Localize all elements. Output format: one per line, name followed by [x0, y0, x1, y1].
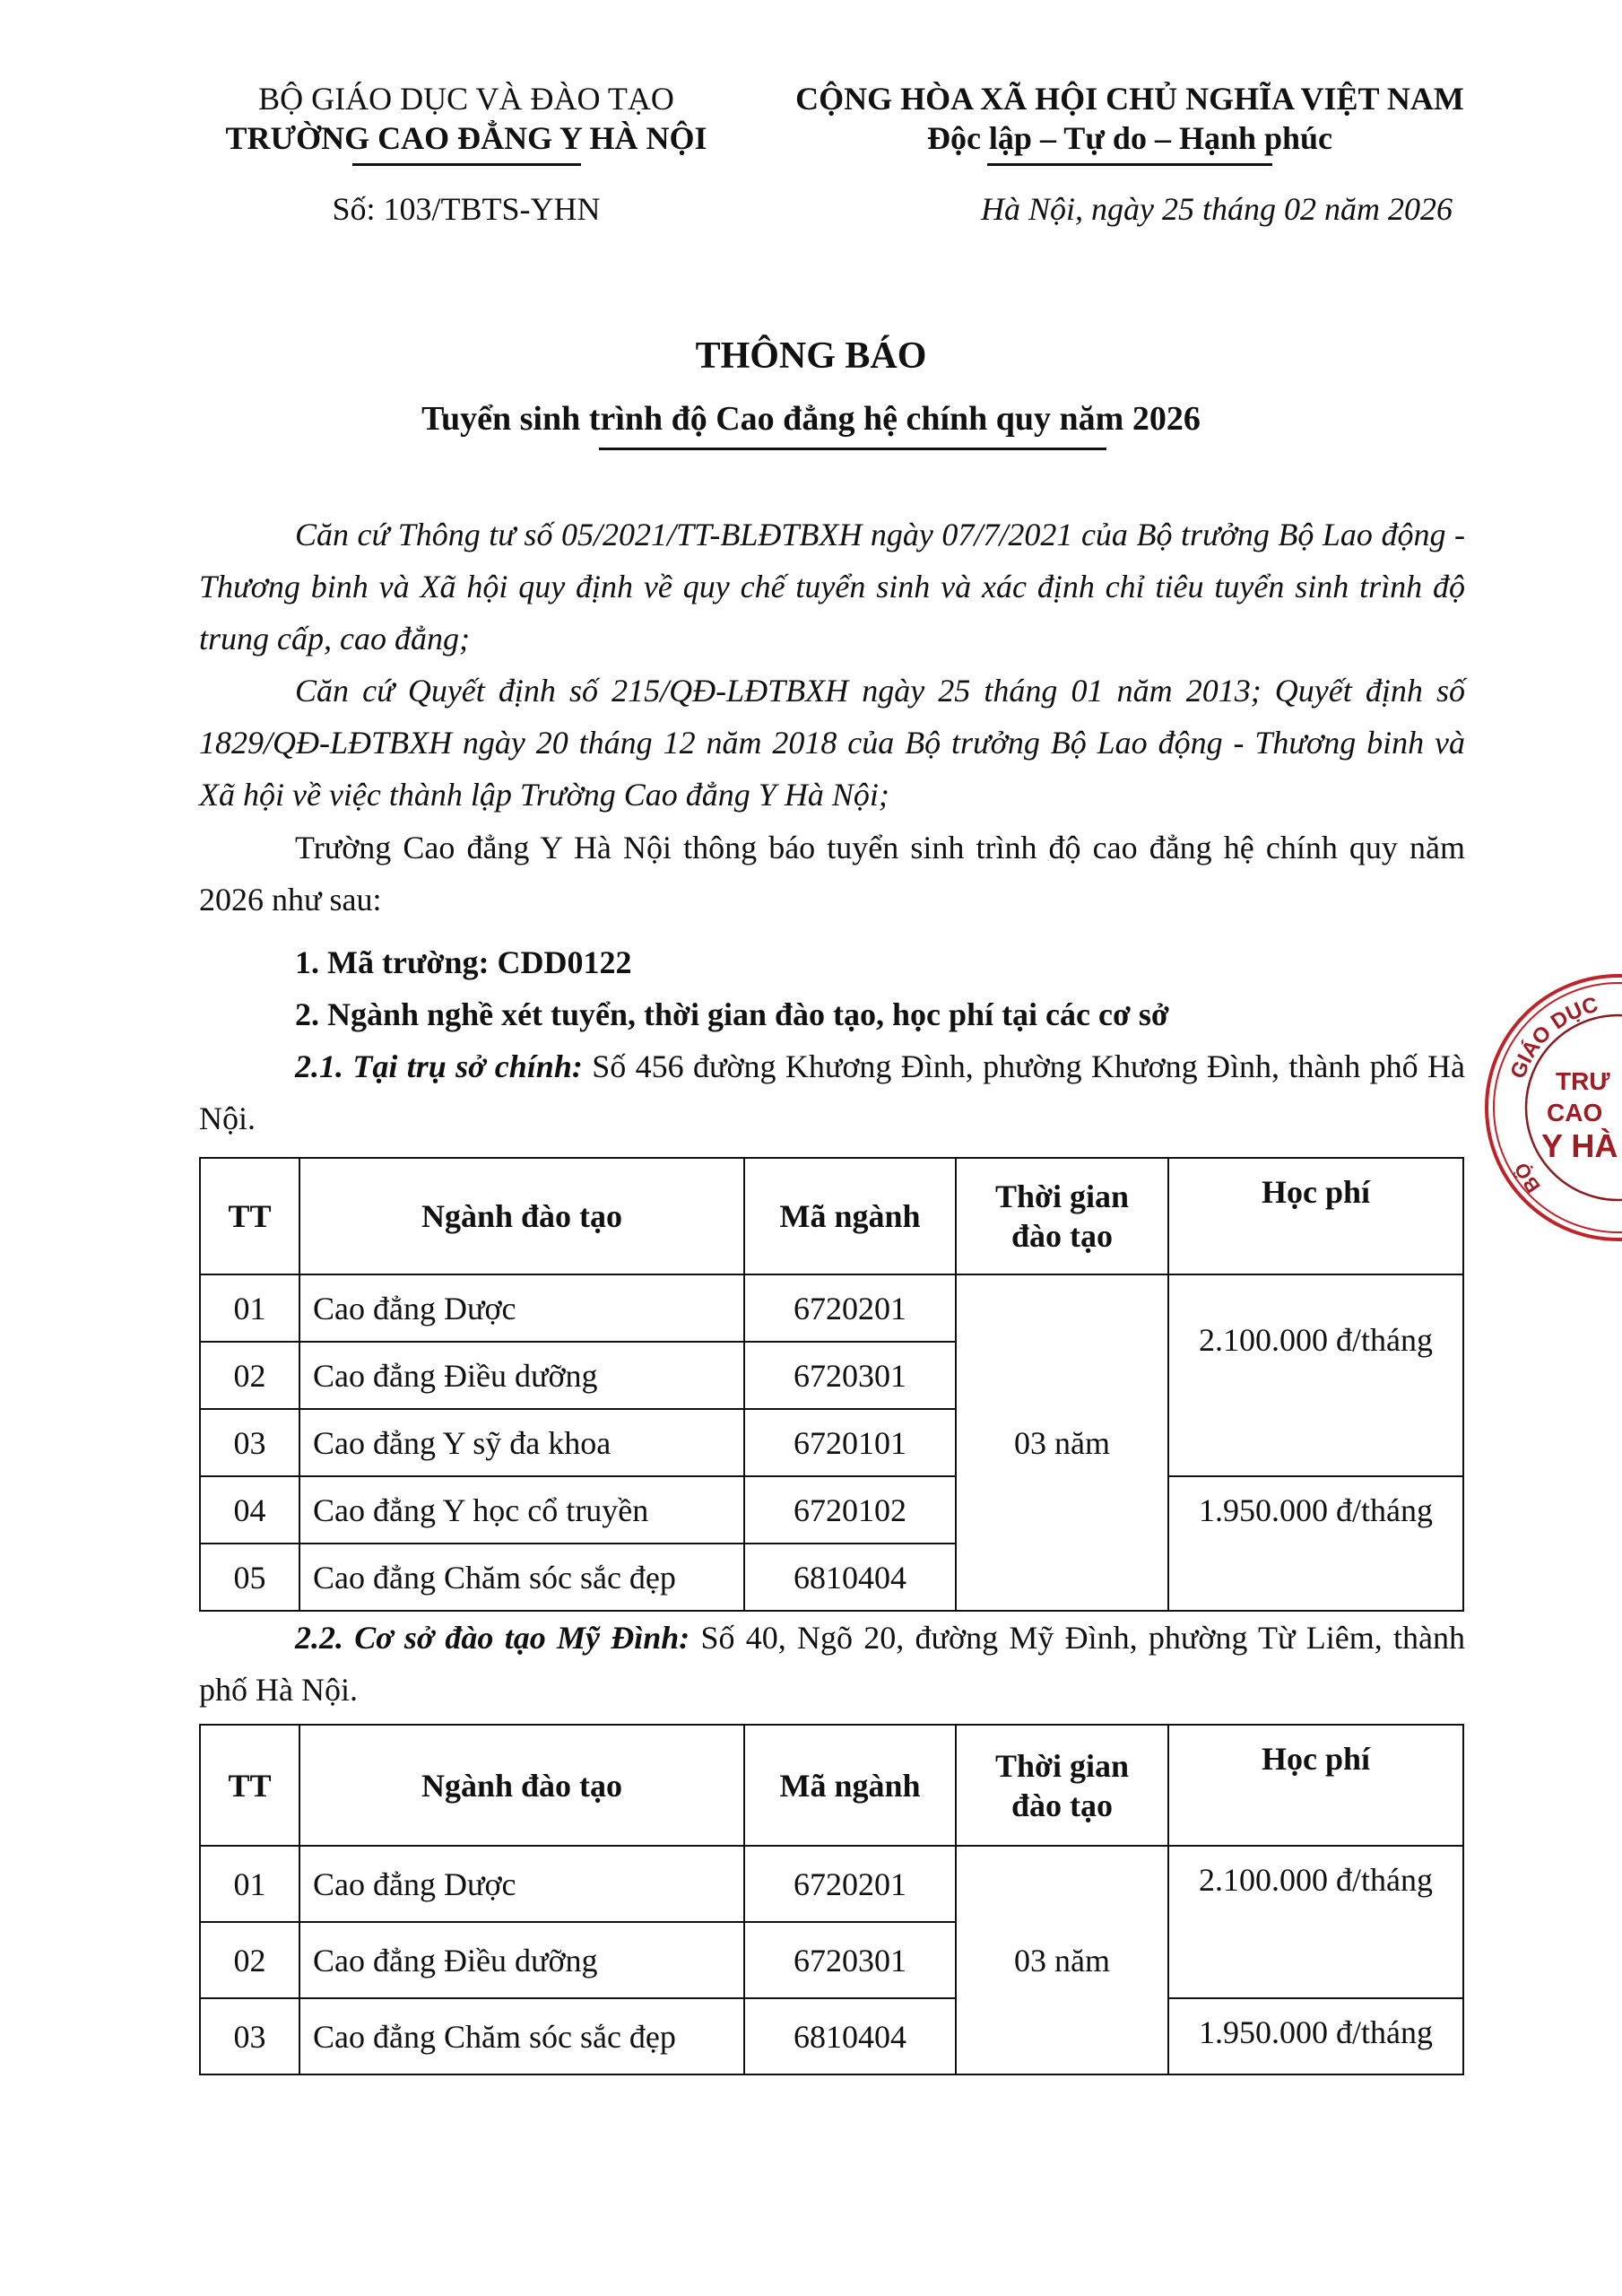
- duration-cell: 03 năm: [956, 1846, 1168, 2074]
- main-campus-table: TT Ngành đào tạo Mã ngành Thời gian đào …: [199, 1157, 1464, 1612]
- row-code: 6720201: [744, 1274, 956, 1342]
- row-program: Cao đẳng Chăm sóc sắc đẹp: [299, 1998, 744, 2074]
- table-row: 04 Cao đẳng Y học cổ truyền 6720102 1.95…: [200, 1476, 1463, 1544]
- row-code: 6720101: [744, 1409, 956, 1476]
- fee-cell-group-2: 1.950.000 đ/tháng: [1168, 1998, 1463, 2074]
- preamble-paragraph-2: Căn cứ Quyết định số 215/QĐ-LĐTBXH ngày …: [199, 665, 1465, 821]
- stamp-line-1: TRƯ: [1556, 1067, 1610, 1095]
- school-code: 1. Mã trường: CDD0122: [199, 936, 1465, 988]
- duration-cell: 03 năm: [956, 1274, 1168, 1611]
- col-code: Mã ngành: [744, 1158, 956, 1274]
- col-code: Mã ngành: [744, 1725, 956, 1846]
- fee-cell-group-1: 2.100.000 đ/tháng: [1168, 1846, 1463, 1998]
- row-code: 6810404: [744, 1998, 956, 2074]
- row-code: 6810404: [744, 1544, 956, 1611]
- row-tt: 02: [200, 1922, 299, 1998]
- col-tt: TT: [200, 1725, 299, 1846]
- row-code: 6720301: [744, 1342, 956, 1409]
- col-duration: Thời gian đào tạo: [956, 1158, 1168, 1274]
- row-code: 6720102: [744, 1476, 956, 1544]
- subtitle-underline: [599, 448, 1106, 450]
- document-subtitle: Tuyển sinh trình độ Cao đẳng hệ chính qu…: [0, 398, 1622, 439]
- section-2-2: 2.2. Cơ sở đào tạo Mỹ Đình: Số 40, Ngõ 2…: [199, 1612, 1465, 1716]
- section-2-2-label: 2.2. Cơ sở đào tạo Mỹ Đình:: [295, 1620, 690, 1656]
- national-block: CỘNG HÒA XÃ HỘI CHỦ NGHĨA VIỆT NAM Độc l…: [771, 79, 1488, 229]
- issuer-block: BỘ GIÁO DỤC VÀ ĐÀO TẠO TRƯỜNG CAO ĐẲNG Y…: [179, 79, 753, 229]
- section-2-1: 2.1. Tại trụ sở chính: Số 456 đường Khươ…: [199, 1040, 1465, 1144]
- row-program: Cao đẳng Dược: [299, 1846, 744, 1922]
- row-tt: 03: [200, 1998, 299, 2074]
- row-tt: 01: [200, 1846, 299, 1922]
- row-program: Cao đẳng Y học cổ truyền: [299, 1476, 744, 1544]
- nation-name: CỘNG HÒA XÃ HỘI CHỦ NGHĨA VIỆT NAM: [771, 79, 1488, 118]
- col-program: Ngành đào tạo: [299, 1725, 744, 1846]
- row-program: Cao đẳng Dược: [299, 1274, 744, 1342]
- row-tt: 05: [200, 1544, 299, 1611]
- col-program: Ngành đào tạo: [299, 1158, 744, 1274]
- row-program: Cao đẳng Điều dưỡng: [299, 1922, 744, 1998]
- school-underline: [352, 163, 581, 166]
- section-2-heading: 2. Ngành nghề xét tuyển, thời gian đào t…: [199, 988, 1465, 1040]
- school-name: TRƯỜNG CAO ĐẲNG Y HÀ NỘI: [179, 118, 753, 158]
- table-row: 01 Cao đẳng Dược 6720201 03 năm 2.100.00…: [200, 1274, 1463, 1342]
- col-duration-line1: Thời gian: [969, 1746, 1155, 1786]
- row-tt: 03: [200, 1409, 299, 1476]
- table-header-row: TT Ngành đào tạo Mã ngành Thời gian đào …: [200, 1158, 1463, 1274]
- row-program: Cao đẳng Y sỹ đa khoa: [299, 1409, 744, 1476]
- table-row: 01 Cao đẳng Dược 6720201 03 năm 2.100.00…: [200, 1846, 1463, 1922]
- col-duration-line2: đào tạo: [969, 1216, 1155, 1256]
- row-program: Cao đẳng Chăm sóc sắc đẹp: [299, 1544, 744, 1611]
- document-number: Số: 103/TBTS-YHN: [179, 189, 753, 229]
- table-header-row: TT Ngành đào tạo Mã ngành Thời gian đào …: [200, 1725, 1463, 1846]
- col-duration-line2: đào tạo: [969, 1786, 1155, 1825]
- row-code: 6720301: [744, 1922, 956, 1998]
- row-program: Cao đẳng Điều dưỡng: [299, 1342, 744, 1409]
- motto-underline: [987, 163, 1272, 166]
- my-dinh-campus-table: TT Ngành đào tạo Mã ngành Thời gian đào …: [199, 1724, 1464, 2075]
- fee-cell-group-2: 1.950.000 đ/tháng: [1168, 1476, 1463, 1611]
- col-tt: TT: [200, 1158, 299, 1274]
- col-duration: Thời gian đào tạo: [956, 1725, 1168, 1846]
- ministry-name: BỘ GIÁO DỤC VÀ ĐÀO TẠO: [179, 79, 753, 118]
- announcement-intro: Trường Cao đẳng Y Hà Nội thông báo tuyển…: [199, 822, 1465, 926]
- row-tt: 04: [200, 1476, 299, 1544]
- stamp-line-3: Y HÀ: [1541, 1127, 1618, 1164]
- official-seal-icon: GIÁO DỤC BỘ TRƯ CAO Y HÀ: [1484, 973, 1622, 1242]
- national-motto: Độc lập – Tự do – Hạnh phúc: [771, 118, 1488, 158]
- place-date: Hà Nội, ngày 25 tháng 02 năm 2026: [771, 189, 1488, 229]
- col-duration-line1: Thời gian: [969, 1177, 1155, 1216]
- fee-cell-group-1: 2.100.000 đ/tháng: [1168, 1274, 1463, 1476]
- row-tt: 02: [200, 1342, 299, 1409]
- table-row: 03 Cao đẳng Chăm sóc sắc đẹp 6810404 1.9…: [200, 1998, 1463, 2074]
- stamp-line-2: CAO: [1547, 1099, 1602, 1126]
- row-code: 6720201: [744, 1846, 956, 1922]
- col-fee: Học phí: [1168, 1725, 1463, 1846]
- row-tt: 01: [200, 1274, 299, 1342]
- document-title: THÔNG BÁO: [0, 334, 1622, 378]
- col-fee: Học phí: [1168, 1158, 1463, 1274]
- section-2-1-label: 2.1. Tại trụ sở chính:: [295, 1048, 583, 1084]
- preamble-paragraph-1: Căn cứ Thông tư số 05/2021/TT-BLĐTBXH ng…: [199, 509, 1465, 665]
